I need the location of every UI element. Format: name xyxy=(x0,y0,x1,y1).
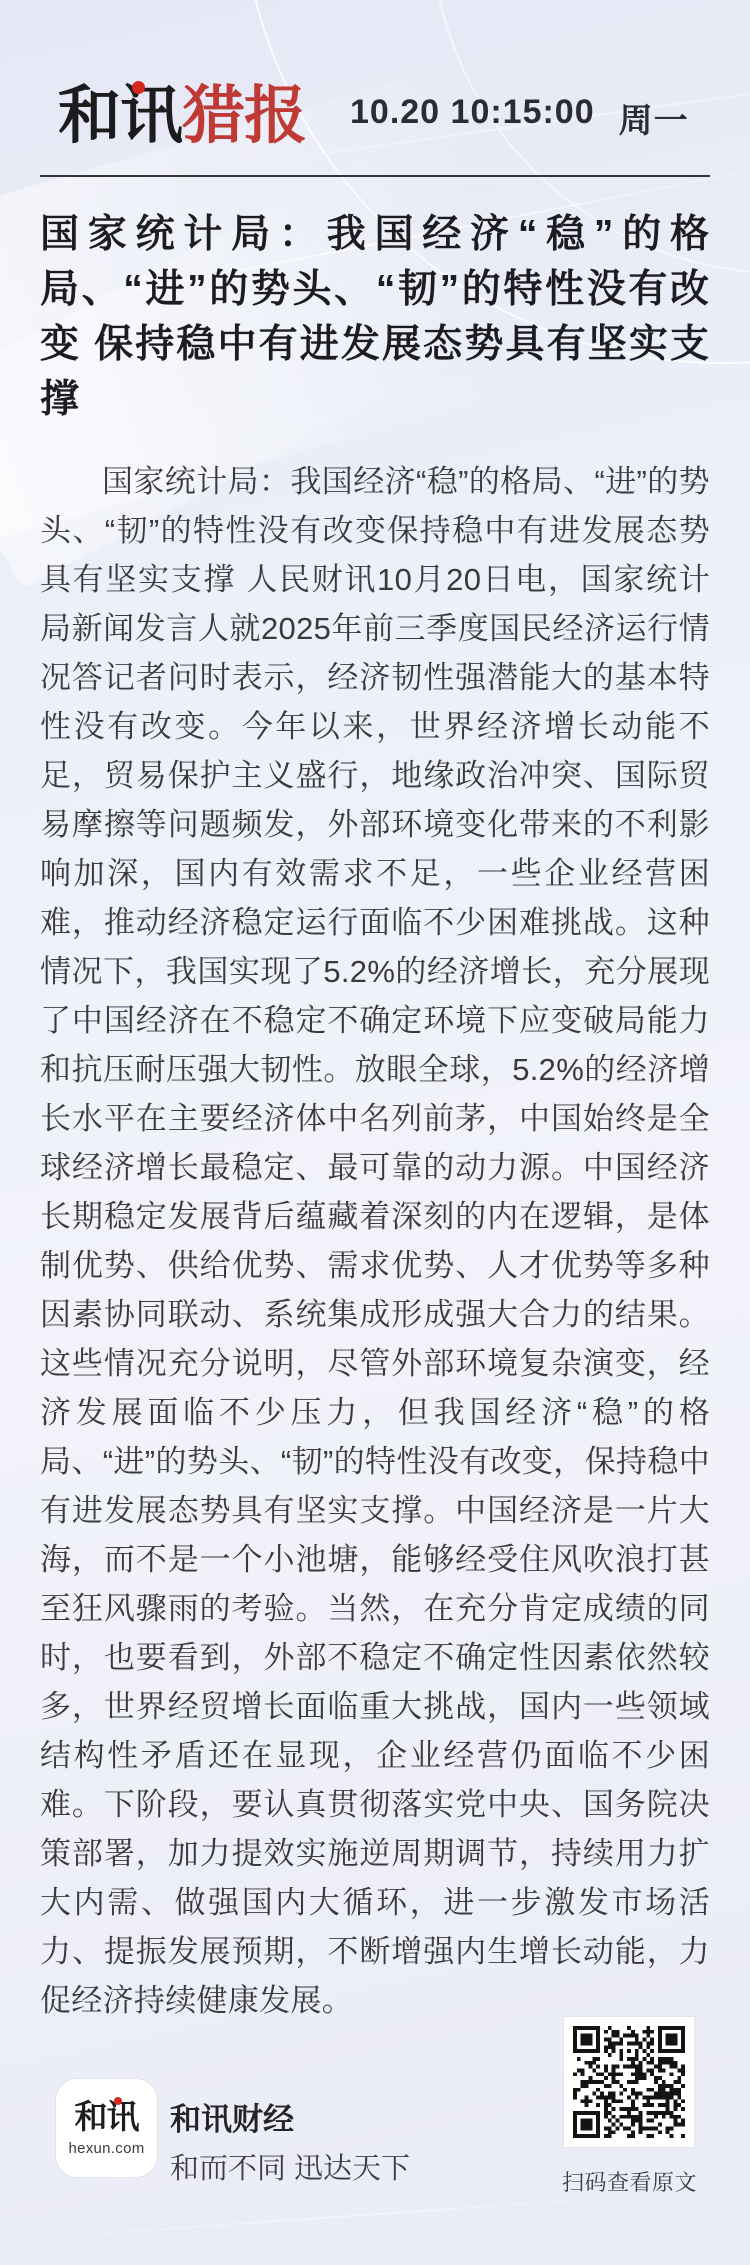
hexun-mini-logo: 和讯 xyxy=(75,2100,139,2133)
header: 和讯猎报 10.20 10:15:00 周一 xyxy=(0,0,750,147)
brand-name: 和讯财经 xyxy=(170,2094,294,2139)
mini-logo-text: 和讯 xyxy=(75,2098,139,2135)
brand-slogan: 和而不同 迅达天下 xyxy=(170,2146,410,2187)
hexun-liebao-logo: 和讯猎报 xyxy=(58,85,306,147)
article-body: 国家统计局：我国经济“稳”的格局、“进”的势头、“韧”的特性没有改变保持稳中有进… xyxy=(40,457,710,2025)
qr-code xyxy=(563,2016,695,2148)
qr-code-svg xyxy=(573,2026,685,2138)
report-weekday: 周一 xyxy=(619,93,689,142)
logo-red-dot-icon xyxy=(132,81,145,94)
article-title: 国家统计局：我国经济“稳”的格局、“进”的势头、“韧”的特性没有改变 保持稳中有… xyxy=(40,207,710,427)
report-date-time: 10.20 10:15:00 xyxy=(350,93,595,142)
header-divider xyxy=(40,175,710,177)
logo-text-primary: 和讯 xyxy=(58,81,182,151)
hexun-app-icon: 和讯 hexun.com xyxy=(55,2078,158,2178)
news-share-card: 和讯猎报 10.20 10:15:00 周一 国家统计局：我国经济“稳”的格局、… xyxy=(0,0,750,2265)
mini-logo-red-dot-icon xyxy=(114,2097,122,2105)
qr-caption: 扫码查看原文 xyxy=(562,2166,696,2197)
hexun-domain-label: hexun.com xyxy=(68,2140,144,2157)
logo-text-accent: 猎报 xyxy=(182,81,306,151)
report-datetime: 10.20 10:15:00 周一 xyxy=(350,93,689,147)
